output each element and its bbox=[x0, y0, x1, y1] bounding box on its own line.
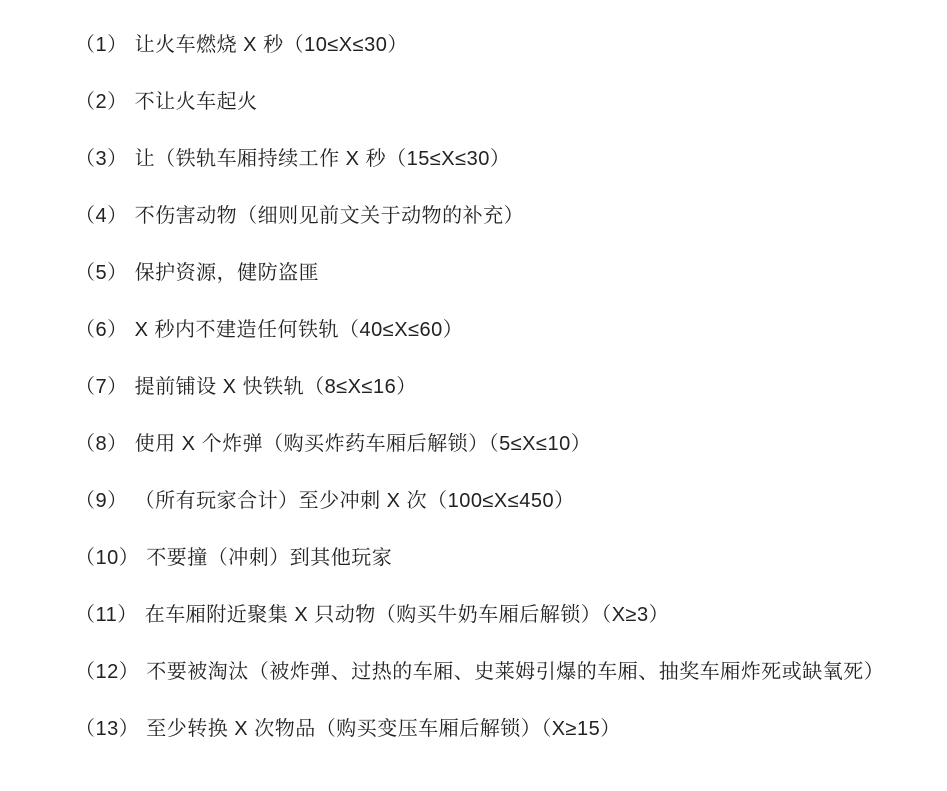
item-text: 提前铺设 X 快铁轨（8≤X≤16） bbox=[135, 370, 417, 399]
item-number: （10） bbox=[75, 541, 139, 570]
item-text: X 秒内不建造任何铁轨（40≤X≤60） bbox=[135, 313, 464, 342]
list-item: （1） 让火车燃烧 X 秒（10≤X≤30） bbox=[75, 14, 947, 71]
item-number: （3） bbox=[75, 142, 128, 171]
item-text: 至少转换 X 次物品（购买变压车厢后解锁）（X≥15） bbox=[146, 712, 621, 741]
item-text: （所有玩家合计）至少冲刺 X 次（100≤X≤450） bbox=[135, 484, 575, 513]
item-number: （12） bbox=[75, 655, 139, 684]
list-item: （10） 不要撞（冲刺）到其他玩家 bbox=[75, 527, 947, 584]
document-page: （1） 让火车燃烧 X 秒（10≤X≤30） （2） 不让火车起火 （3） 让（… bbox=[0, 0, 947, 791]
item-text: 让（铁轨车厢持续工作 X 秒（15≤X≤30） bbox=[135, 142, 511, 171]
item-number: （5） bbox=[75, 256, 128, 285]
item-number: （7） bbox=[75, 370, 128, 399]
list-item: （13） 至少转换 X 次物品（购买变压车厢后解锁）（X≥15） bbox=[75, 698, 947, 755]
item-text: 不伤害动物（细则见前文关于动物的补充） bbox=[135, 199, 525, 228]
item-text: 保护资源，健防盗匪 bbox=[135, 256, 320, 285]
item-number: （1） bbox=[75, 28, 128, 57]
item-text: 不让火车起火 bbox=[135, 85, 258, 114]
item-text: 不要被淘汰（被炸弹、过热的车厢、史莱姆引爆的车厢、抽奖车厢炸死或缺氧死） bbox=[146, 655, 884, 684]
list-item: （6） X 秒内不建造任何铁轨（40≤X≤60） bbox=[75, 299, 947, 356]
list-item: （8） 使用 X 个炸弹（购买炸药车厢后解锁）（5≤X≤10） bbox=[75, 413, 947, 470]
item-number: （13） bbox=[75, 712, 139, 741]
item-number: （6） bbox=[75, 313, 128, 342]
item-number: （11） bbox=[75, 598, 138, 627]
item-number: （9） bbox=[75, 484, 128, 513]
item-number: （4） bbox=[75, 199, 128, 228]
list-item: （5） 保护资源，健防盗匪 bbox=[75, 242, 947, 299]
item-text: 不要撞（冲刺）到其他玩家 bbox=[146, 541, 392, 570]
objectives-list: （1） 让火车燃烧 X 秒（10≤X≤30） （2） 不让火车起火 （3） 让（… bbox=[0, 0, 947, 755]
item-text: 让火车燃烧 X 秒（10≤X≤30） bbox=[135, 28, 408, 57]
list-item: （3） 让（铁轨车厢持续工作 X 秒（15≤X≤30） bbox=[75, 128, 947, 185]
item-number: （8） bbox=[75, 427, 128, 456]
list-item: （11） 在车厢附近聚集 X 只动物（购买牛奶车厢后解锁）（X≥3） bbox=[75, 584, 947, 641]
list-item: （7） 提前铺设 X 快铁轨（8≤X≤16） bbox=[75, 356, 947, 413]
list-item: （2） 不让火车起火 bbox=[75, 71, 947, 128]
item-text: 使用 X 个炸弹（购买炸药车厢后解锁）（5≤X≤10） bbox=[135, 427, 592, 456]
list-item: （4） 不伤害动物（细则见前文关于动物的补充） bbox=[75, 185, 947, 242]
item-number: （2） bbox=[75, 85, 128, 114]
list-item: （9） （所有玩家合计）至少冲刺 X 次（100≤X≤450） bbox=[75, 470, 947, 527]
list-item: （12） 不要被淘汰（被炸弹、过热的车厢、史莱姆引爆的车厢、抽奖车厢炸死或缺氧死… bbox=[75, 641, 947, 698]
item-text: 在车厢附近聚集 X 只动物（购买牛奶车厢后解锁）（X≥3） bbox=[145, 598, 669, 627]
